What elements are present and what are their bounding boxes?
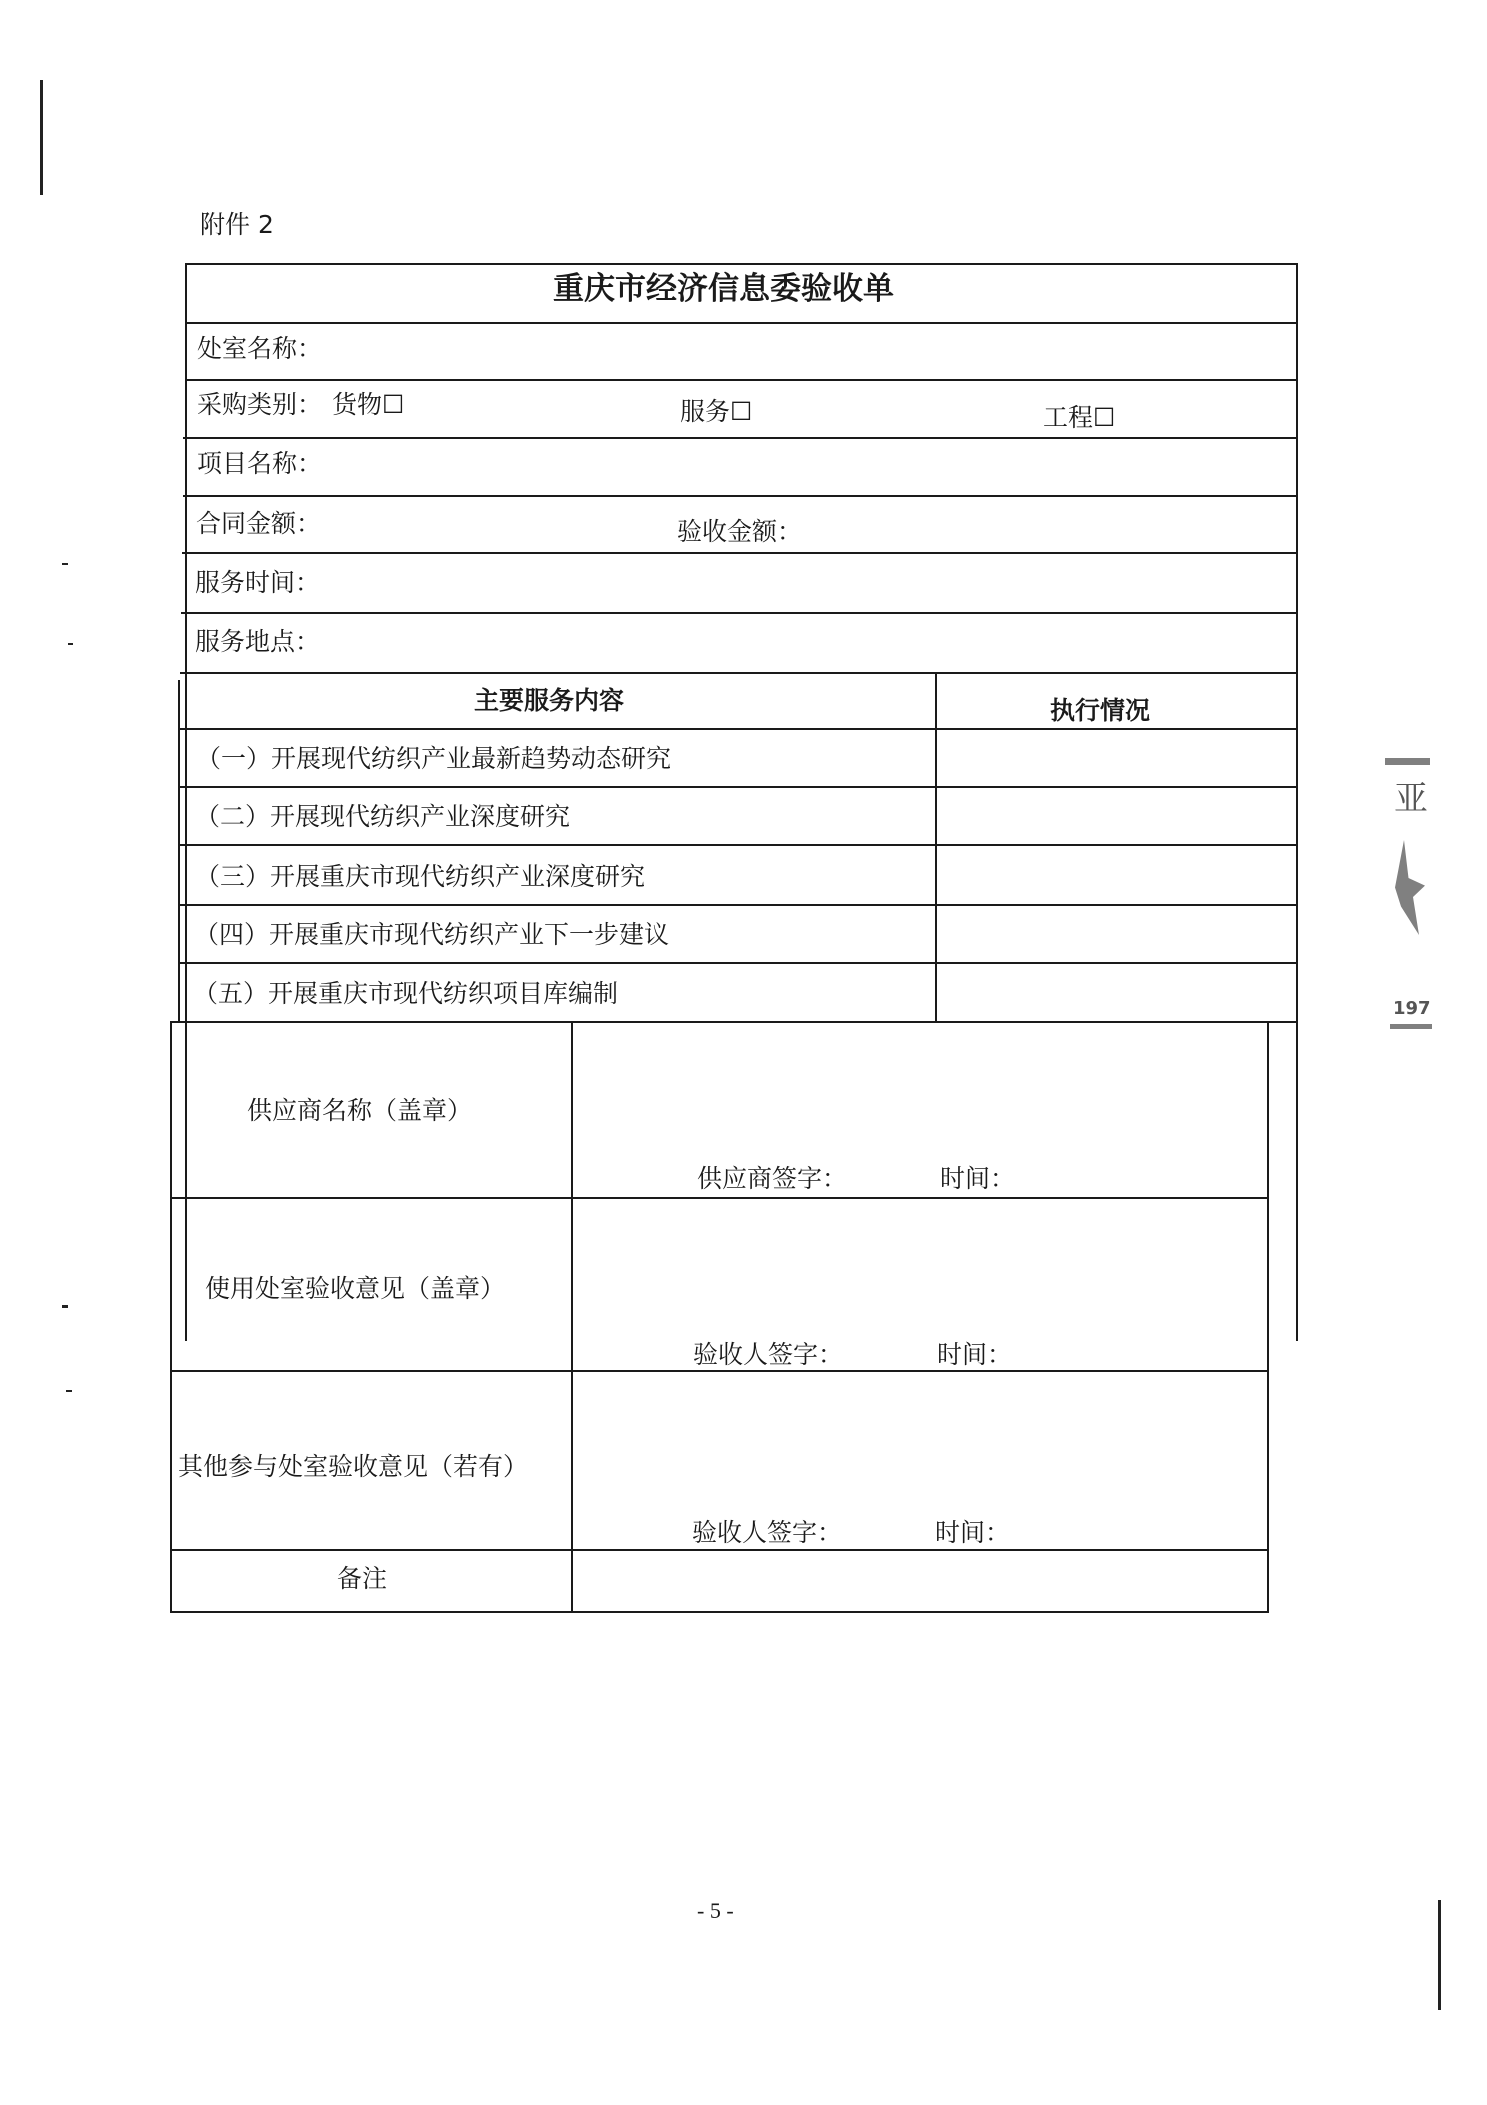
table-border-right bbox=[1296, 263, 1298, 1341]
service-item-2: （二）开展现代纺织产业深度研究 bbox=[195, 804, 570, 829]
row-divider bbox=[183, 495, 1298, 497]
row-divider bbox=[170, 1549, 1269, 1551]
scan-edge-mark bbox=[1438, 1900, 1441, 2010]
table-border-left bbox=[185, 263, 187, 1341]
remarks-label: 备注 bbox=[337, 1566, 387, 1591]
scan-dot bbox=[68, 643, 73, 645]
table-bottom bbox=[170, 1611, 1269, 1613]
seal-fragment-number: 197 bbox=[1393, 1000, 1431, 1018]
row-divider bbox=[182, 552, 1297, 554]
row-divider bbox=[185, 322, 1298, 324]
supplier-time-label[interactable]: 时间： bbox=[940, 1166, 1015, 1191]
department-time-label[interactable]: 时间： bbox=[937, 1342, 1012, 1367]
field-acceptance-amount[interactable]: 验收金额： bbox=[677, 519, 802, 544]
signoff-department-label: 使用处室验收意见（盖章） bbox=[205, 1276, 505, 1301]
department-signature-label[interactable]: 验收人签字： bbox=[693, 1342, 843, 1367]
other-time-label[interactable]: 时间： bbox=[935, 1520, 1010, 1545]
checkbox-goods[interactable]: 货物☐ bbox=[332, 392, 404, 417]
service-item-4: （四）开展重庆市现代纺织产业下一步建议 bbox=[194, 922, 669, 947]
field-procurement-type-label: 采购类别： bbox=[197, 392, 322, 417]
row-divider bbox=[178, 844, 1296, 846]
table-border-left-lower bbox=[170, 1021, 172, 1613]
field-service-time[interactable]: 服务时间： bbox=[195, 570, 320, 595]
column-divider-status bbox=[935, 672, 937, 1023]
field-project-name[interactable]: 项目名称： bbox=[197, 451, 322, 476]
seal-fragment-text: 亚 bbox=[1394, 782, 1428, 816]
status-cell-4[interactable] bbox=[938, 907, 1294, 961]
signoff-other-department-label: 其他参与处室验收意见（若有） bbox=[178, 1454, 528, 1479]
row-divider bbox=[170, 1197, 1269, 1199]
seal-fragment-bar bbox=[1385, 758, 1430, 765]
supplier-signature-label[interactable]: 供应商签字： bbox=[697, 1166, 847, 1191]
signoff-supplier-label: 供应商名称（盖章） bbox=[247, 1098, 472, 1123]
status-cell-1[interactable] bbox=[938, 731, 1294, 785]
row-divider bbox=[180, 672, 1296, 674]
field-contract-amount[interactable]: 合同金额： bbox=[196, 511, 321, 536]
row-divider bbox=[183, 437, 1298, 439]
field-department[interactable]: 处室名称： bbox=[197, 336, 322, 361]
row-divider bbox=[170, 1370, 1269, 1372]
service-item-1: （一）开展现代纺织产业最新趋势动态研究 bbox=[196, 746, 671, 771]
form-title: 重庆市经济信息委验收单 bbox=[553, 274, 894, 305]
row-divider bbox=[178, 962, 1296, 964]
row-divider bbox=[181, 612, 1297, 614]
column-divider-signoff bbox=[571, 1021, 573, 1613]
seal-fragment-bar bbox=[1390, 1024, 1432, 1029]
row-divider bbox=[178, 904, 1296, 906]
row-divider bbox=[172, 1021, 1296, 1023]
row-divider bbox=[178, 728, 1296, 730]
seal-fragment-shape bbox=[1395, 840, 1425, 935]
header-execution-status: 执行情况 bbox=[1050, 698, 1150, 723]
other-signature-label[interactable]: 验收人签字： bbox=[692, 1520, 842, 1545]
status-cell-5[interactable] bbox=[938, 965, 1294, 1020]
row-divider bbox=[178, 786, 1296, 788]
row-divider bbox=[185, 379, 1298, 381]
checkbox-engineering[interactable]: 工程☐ bbox=[1043, 405, 1115, 430]
scan-dot bbox=[66, 1390, 72, 1392]
scan-edge-mark bbox=[40, 80, 43, 195]
table-top bbox=[185, 263, 1298, 265]
remarks-cell[interactable] bbox=[574, 1552, 1266, 1610]
attachment-label: 附件 2 bbox=[200, 212, 274, 237]
table-border-right-lower bbox=[1267, 1021, 1269, 1613]
table-border-left-mid bbox=[178, 680, 180, 1023]
checkbox-services[interactable]: 服务☐ bbox=[680, 399, 752, 424]
scan-dot bbox=[62, 1305, 68, 1308]
service-item-5: （五）开展重庆市现代纺织项目库编制 bbox=[193, 981, 618, 1006]
page-number: - 5 - bbox=[697, 1900, 734, 1922]
service-item-3: （三）开展重庆市现代纺织产业深度研究 bbox=[195, 864, 645, 889]
header-service-content: 主要服务内容 bbox=[474, 688, 624, 713]
field-service-location[interactable]: 服务地点： bbox=[195, 629, 320, 654]
status-cell-3[interactable] bbox=[938, 847, 1294, 903]
status-cell-2[interactable] bbox=[938, 789, 1294, 843]
scan-dot bbox=[62, 563, 68, 565]
